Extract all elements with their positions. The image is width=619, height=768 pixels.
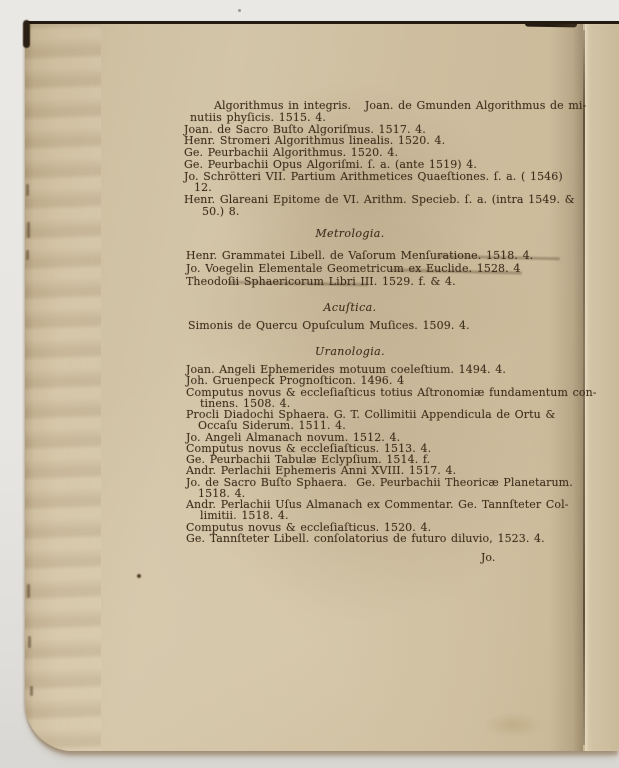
catalog-line: Jo. Schrötteri VII. Partium Arithmetices… [184, 171, 586, 183]
catalog-line: Simonis de Quercu Opuſculum Muſices. 150… [188, 320, 470, 332]
catalog-section-arithmetica: Algorithmus in integris. Joan. de Gmunde… [184, 100, 586, 218]
catalog-line: Ge. Peurbachii Opus Algoriſmi. ſ. a. (an… [184, 159, 586, 171]
catalog-line: Occaſu Siderum. 1511. 4. [186, 420, 597, 431]
catalog-line: Jo. de Sacro Buſto Sphaera. Ge. Peurbach… [186, 477, 597, 488]
catalog-line: Algorithmus in integris. Joan. de Gmunde… [184, 100, 586, 112]
edge-wear-mark [27, 222, 30, 238]
catalog-line: limitii. 1518. 4. [186, 510, 597, 521]
catalog-line: Joh. Gruenpeck Prognoſticon. 1496. 4 [186, 375, 597, 386]
catalog-line: Ge. Tannſteter Libell. conſolatorius de … [186, 533, 597, 544]
catalog-line: 50.) 8. [184, 206, 586, 218]
catalog-section-uranologia: Joan. Angeli Ephemerides motuum coeleſti… [186, 364, 597, 544]
section-heading-metrologia: Metrologia. [184, 227, 516, 240]
catalog-line: Andr. Perlachii Ephemeris Anni XVIII. 15… [186, 465, 597, 476]
catalog-line: Henr. Grammatei Libell. de Vaſorum Menſu… [186, 250, 533, 263]
edge-wear-mark [28, 636, 31, 648]
edge-wear-mark [26, 250, 29, 260]
catalog-section-acustica: Simonis de Quercu Opuſculum Muſices. 150… [188, 320, 470, 332]
edge-wear-mark [26, 184, 29, 196]
page-top-corner-edge [23, 20, 30, 48]
catalog-line: nutiis phyſicis. 1515. 4. [184, 112, 586, 124]
section-heading-acustica: Acuſtica. [184, 301, 516, 314]
catalog-line: Henr. Glareani Epitome de VI. Arithm. Sp… [184, 194, 586, 206]
catchword: Jo. [481, 551, 495, 564]
edge-wear-mark [30, 686, 33, 696]
photo-backdrop: Algorithmus in integris. Joan. de Gmunde… [0, 0, 619, 768]
catalog-section-metrologia: Henr. Grammatei Libell. de Vaſorum Menſu… [186, 250, 533, 288]
dust-speck [238, 9, 241, 12]
section-heading-uranologia: Uranologia. [184, 345, 516, 358]
edge-wear-mark [27, 584, 30, 598]
catalog-line: Ge. Peurbachii Algorithmus. 1520. 4. [184, 147, 586, 159]
catalog-line: Theodoſii Sphaericorum Libri III. 1529. … [186, 276, 533, 289]
catalog-line: Jo. Voegelin Elementale Geometricum ex E… [186, 263, 533, 276]
paper-stain [483, 712, 543, 738]
page-deckle-edges [25, 24, 101, 751]
foxing-speck [137, 574, 141, 578]
